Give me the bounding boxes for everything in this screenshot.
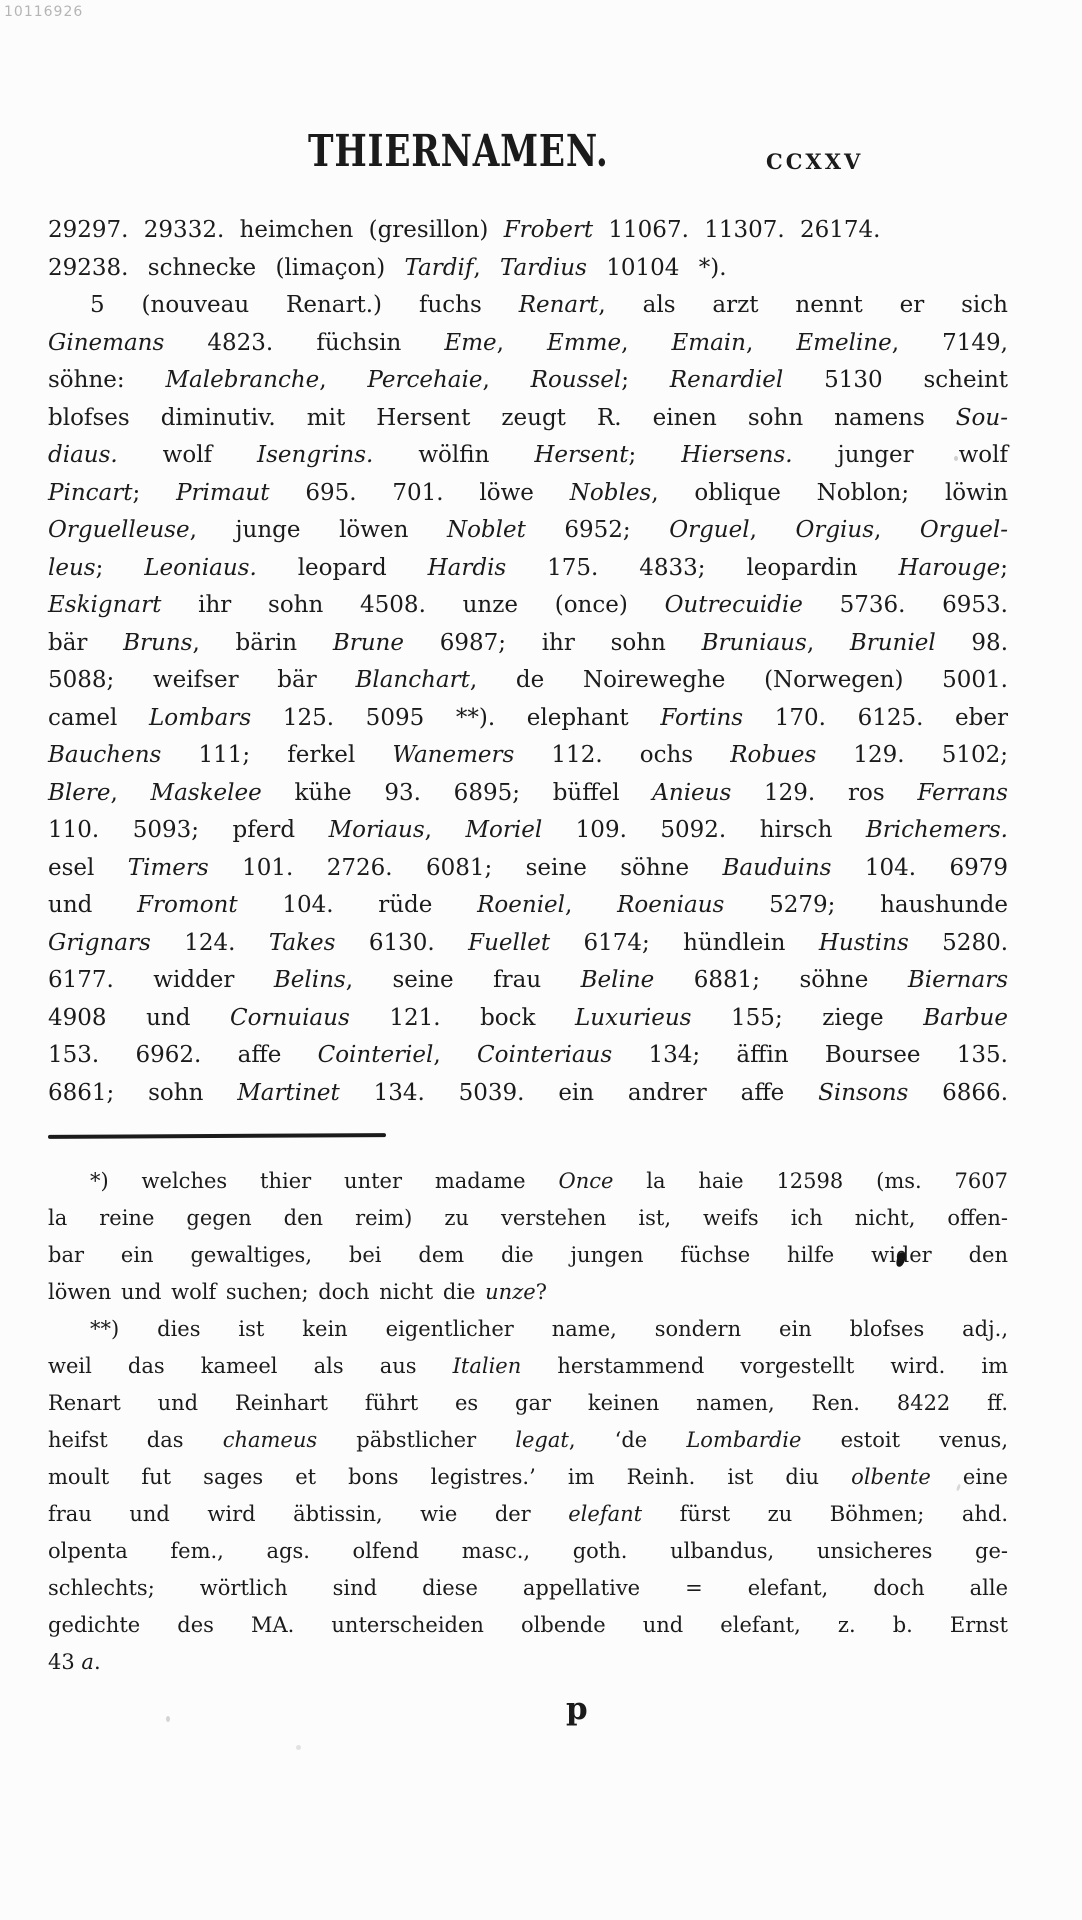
text-line: 110. 5093; pferd Moriaus, Moriel 109. 50…	[48, 812, 1008, 850]
text-line: 6177. widder Belins, seine frau Beline 6…	[48, 962, 1008, 1000]
text-line: bar ein gewaltiges, bei dem die jungen f…	[48, 1237, 1008, 1274]
text-line: 29297. 29332. heimchen (gresillon) Frobe…	[48, 212, 1008, 250]
text-line: Grignars 124. Takes 6130. Fuellet 6174; …	[48, 925, 1008, 963]
text-line: Pincart; Primaut 695. 701. löwe Nobles, …	[48, 475, 1008, 513]
footnote-divider-rule	[48, 1133, 386, 1139]
text-line: 5 (nouveau Renart.) fuchs Renart, als ar…	[48, 287, 1008, 325]
text-line: 6861; sohn Martinet 134. 5039. ein andre…	[48, 1075, 1008, 1113]
text-line: heifst das chameus päbstlicher legat, ‘d…	[48, 1422, 1008, 1459]
text-line: und Fromont 104. rüde Roeniel, Roeniaus …	[48, 887, 1008, 925]
text-line: esel Timers 101. 2726. 6081; seine söhne…	[48, 850, 1008, 888]
text-line: bär Bruns, bärin Brune 6987; ihr sohn Br…	[48, 625, 1008, 663]
text-line: moult fut sages et bons legistres.’ im R…	[48, 1459, 1008, 1496]
printer-signature-mark: p	[566, 1694, 588, 1725]
text-line: la reine gegen den reim) zu verstehen is…	[48, 1200, 1008, 1237]
text-line: 4908 und Cornuiaus 121. bock Luxurieus 1…	[48, 1000, 1008, 1038]
text-line: frau und wird äbtissin, wie der elefant …	[48, 1496, 1008, 1533]
scanned-book-page: 10116926 THIERNAMEN. CCXXV 29297. 29332.…	[0, 0, 1082, 1920]
text-line: 43 a.	[48, 1644, 1008, 1681]
text-line: *) welches thier unter madame Once la ha…	[48, 1163, 1008, 1200]
main-text-block: 29297. 29332. heimchen (gresillon) Frobe…	[48, 212, 1008, 1112]
text-line: olpenta fem., ags. olfend masc., goth. u…	[48, 1533, 1008, 1570]
text-line: diaus. wolf Isengrins. wölfin Hersent; H…	[48, 437, 1008, 475]
text-line: Blere, Maskelee kühe 93. 6895; büffel An…	[48, 775, 1008, 813]
text-line: 153. 6962. affe Cointeriel, Cointeriaus …	[48, 1037, 1008, 1075]
ink-speck	[296, 1745, 301, 1750]
page-number: CCXXV	[766, 151, 863, 172]
text-line: Bauchens 111; ferkel Wanemers 112. ochs …	[48, 737, 1008, 775]
text-line: blofses diminutiv. mit Hersent zeugt R. …	[48, 400, 1008, 438]
text-line: Orguelleuse, junge löwen Noblet 6952; Or…	[48, 512, 1008, 550]
text-line: schlechts; wörtlich sind diese appellati…	[48, 1570, 1008, 1607]
text-line: 29238. schnecke (limaçon) Tardif, Tardiu…	[48, 250, 1008, 288]
ink-speck	[166, 1716, 170, 1722]
text-line: leus; Leoniaus. leopard Hardis 175. 4833…	[48, 550, 1008, 588]
text-line: löwen und wolf suchen; doch nicht die un…	[48, 1274, 1008, 1311]
footnotes-block: *) welches thier unter madame Once la ha…	[48, 1163, 1008, 1681]
text-line: Renart und Reinhart führt es gar keinen …	[48, 1385, 1008, 1422]
ink-speck	[954, 456, 958, 461]
text-line: Ginemans 4823. füchsin Eme, Emme, Emain,…	[48, 325, 1008, 363]
text-line: weil das kameel als aus Italien herstamm…	[48, 1348, 1008, 1385]
text-line: gedichte des MA. unterscheiden olbende u…	[48, 1607, 1008, 1644]
text-line: söhne: Malebranche, Percehaie, Roussel; …	[48, 362, 1008, 400]
text-line: 5088; weifser bär Blanchart, de Noireweg…	[48, 662, 1008, 700]
page-title: THIERNAMEN.	[308, 130, 609, 174]
text-line: camel Lombars 125. 5095 **). elephant Fo…	[48, 700, 1008, 738]
text-line: **) dies ist kein eigentlicher name, son…	[48, 1311, 1008, 1348]
text-line: Eskignart ihr sohn 4508. unze (once) Out…	[48, 587, 1008, 625]
scan-number: 10116926	[4, 4, 83, 20]
